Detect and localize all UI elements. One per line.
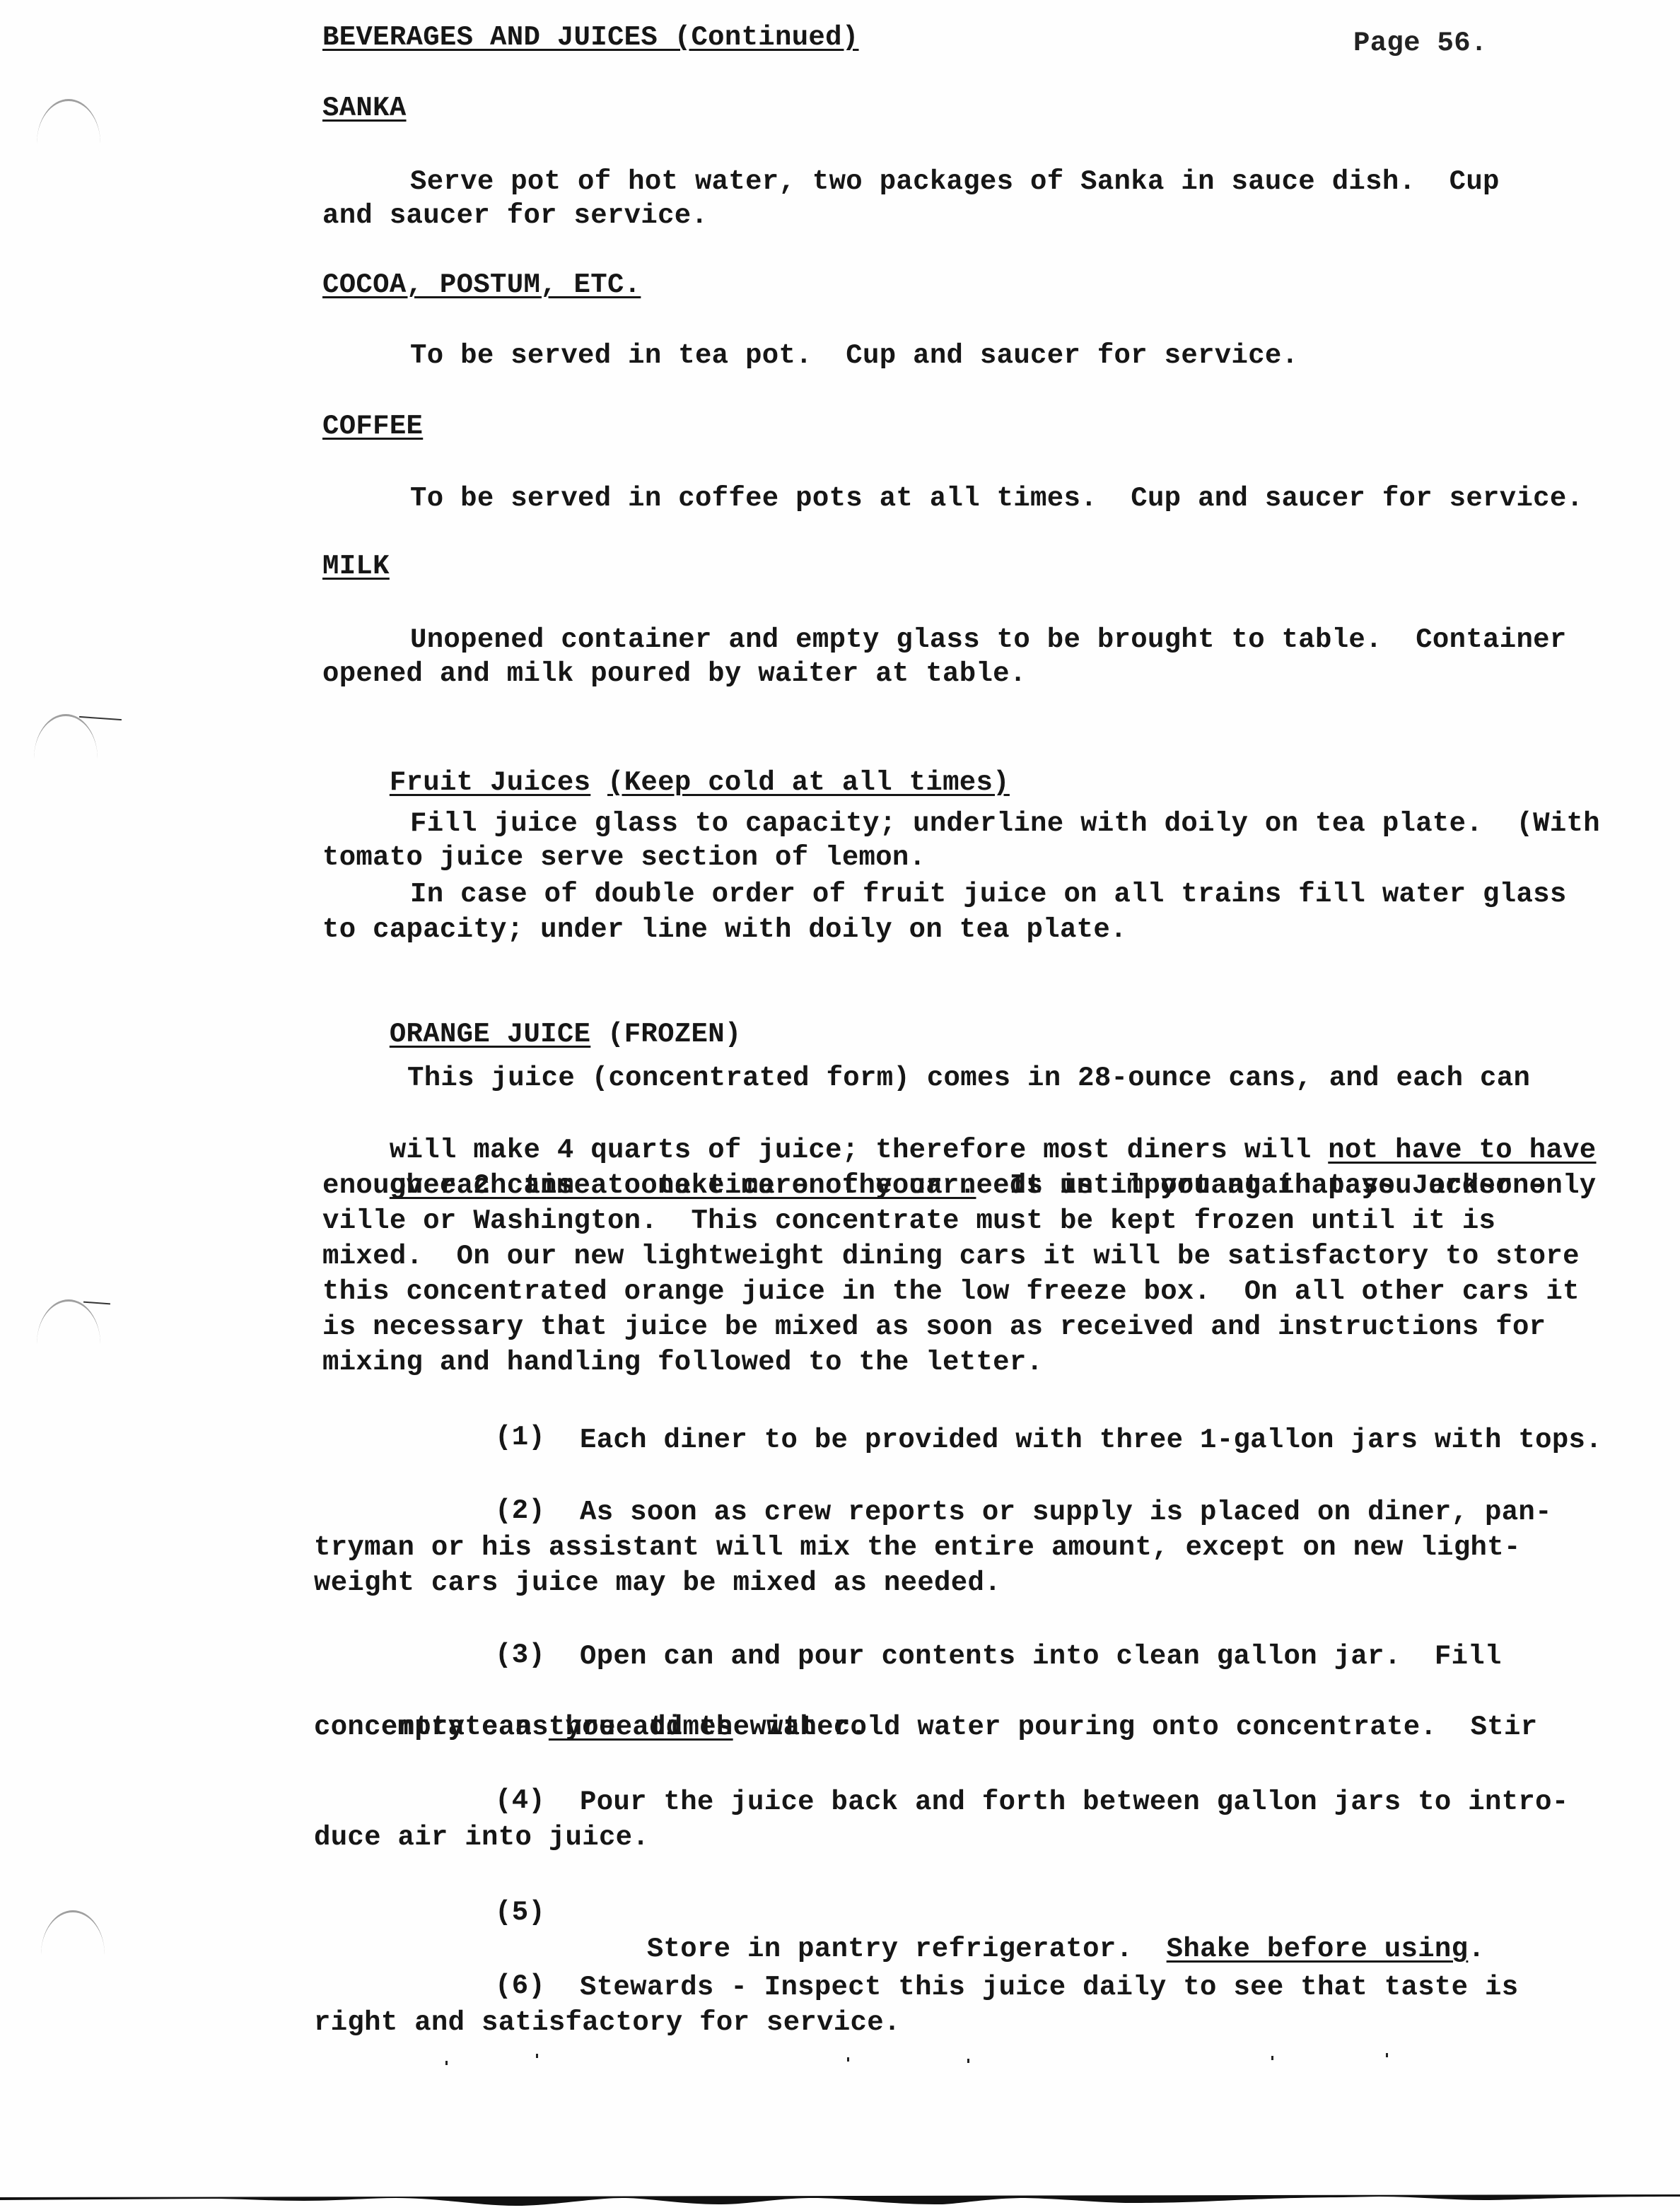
oj-intro-line-1: This juice (concentrated form) comes in … (407, 1060, 1530, 1096)
oj-intro-line-4: enough each time to take care of your ne… (322, 1168, 1546, 1203)
page-number: Page 56. (1353, 25, 1488, 61)
ink-speck (847, 2057, 849, 2062)
heading-orange-juice-note: (FROZEN) (607, 1019, 742, 1050)
cocoa-line-1: To be served in tea pot. Cup and saucer … (410, 338, 1298, 373)
heading-cocoa-postum: COCOA, POSTUM, ETC. (322, 267, 641, 303)
oj-intro-line-6: mixed. On our new lightweight dining car… (322, 1239, 1580, 1274)
step-5-number: (5) (495, 1895, 545, 1930)
paper-tear-mark (83, 1302, 110, 1305)
fruit-line-1: Fill juice glass to capacity; underline … (410, 806, 1600, 841)
ink-speck (1386, 2053, 1388, 2057)
oj-intro-line-8: is necessary that juice be mixed as soon… (322, 1309, 1546, 1345)
step-6-line-1: Stewards - Inspect this juice daily to s… (580, 1970, 1518, 2005)
sanka-line-1: Serve pot of hot water, two packages of … (410, 164, 1500, 199)
step-4-line-1: Pour the juice back and forth between ga… (580, 1784, 1569, 1820)
ink-speck (1271, 2056, 1273, 2060)
heading-fruit-juices-note: (Keep cold at all times) (607, 767, 1010, 798)
step-2-line-3: weight cars juice may be mixed as needed… (314, 1565, 1001, 1601)
step-5-period: . (1468, 1934, 1485, 1965)
heading-sanka: SANKA (322, 90, 407, 126)
step-6-number: (6) (495, 1968, 545, 2004)
step-3-number: (3) (495, 1637, 545, 1673)
step-2-number: (2) (495, 1493, 545, 1528)
step-3-line-1: Open can and pour contents into clean ga… (580, 1639, 1502, 1674)
paper-tear-mark (79, 716, 122, 720)
hole-punch-icon (41, 1910, 105, 1955)
fruit-line-4: to capacity; under line with doily on te… (322, 912, 1127, 947)
oj-intro-line-9: mixing and handling followed to the lett… (322, 1345, 1043, 1380)
step-5-text: Store in pantry refrigerator. (647, 1934, 1167, 1965)
oj-intro-line-7: this concentrated orange juice in the lo… (322, 1274, 1580, 1309)
section-title: BEVERAGES AND JUICES (Continued) (322, 20, 859, 55)
hole-punch-icon (37, 99, 100, 144)
step-2-line-2: tryman or his assistant will mix the ent… (314, 1530, 1521, 1565)
coffee-line-1: To be served in coffee pots at all times… (410, 481, 1583, 516)
milk-line-1: Unopened container and empty glass to be… (410, 622, 1567, 657)
heading-fruit-juices-main: Fruit Juices (390, 767, 590, 798)
fruit-line-2: tomato juice serve section of lemon. (322, 840, 926, 875)
hole-punch-icon (34, 714, 98, 759)
ink-speck (445, 2061, 448, 2065)
step-6-line-2: right and satisfactory for service. (314, 2005, 901, 2040)
scanned-page: BEVERAGES AND JUICES (Continued) Page 56… (0, 0, 1680, 2210)
heading-milk: MILK (322, 549, 390, 584)
fruit-line-3: In case of double order of fruit juice o… (410, 877, 1567, 912)
hole-punch-icon (37, 1299, 100, 1344)
milk-line-2: opened and milk poured by waiter at tabl… (322, 656, 1027, 691)
step-5-emphasis: Shake before using (1167, 1934, 1469, 1965)
ink-speck (536, 2054, 538, 2058)
step-4-line-2: duce air into juice. (314, 1820, 649, 1855)
sanka-line-2: and saucer for service. (322, 198, 708, 233)
step-2-line-1: As soon as crew reports or supply is pla… (580, 1495, 1552, 1530)
step-3-line-3: concentrate as you add the water. (314, 1709, 867, 1745)
oj-intro-line-5: ville or Washington. This concentrate mu… (322, 1203, 1495, 1239)
step-1-line-1: Each diner to be provided with three 1-g… (580, 1422, 1602, 1458)
heading-coffee: COFFEE (322, 409, 423, 444)
step-1-number: (1) (495, 1420, 545, 1455)
ink-speck (967, 2059, 969, 2063)
heading-orange-juice-main: ORANGE JUICE (390, 1019, 590, 1050)
scanner-edge-shadow (0, 2194, 1680, 2210)
step-4-number: (4) (495, 1783, 545, 1818)
